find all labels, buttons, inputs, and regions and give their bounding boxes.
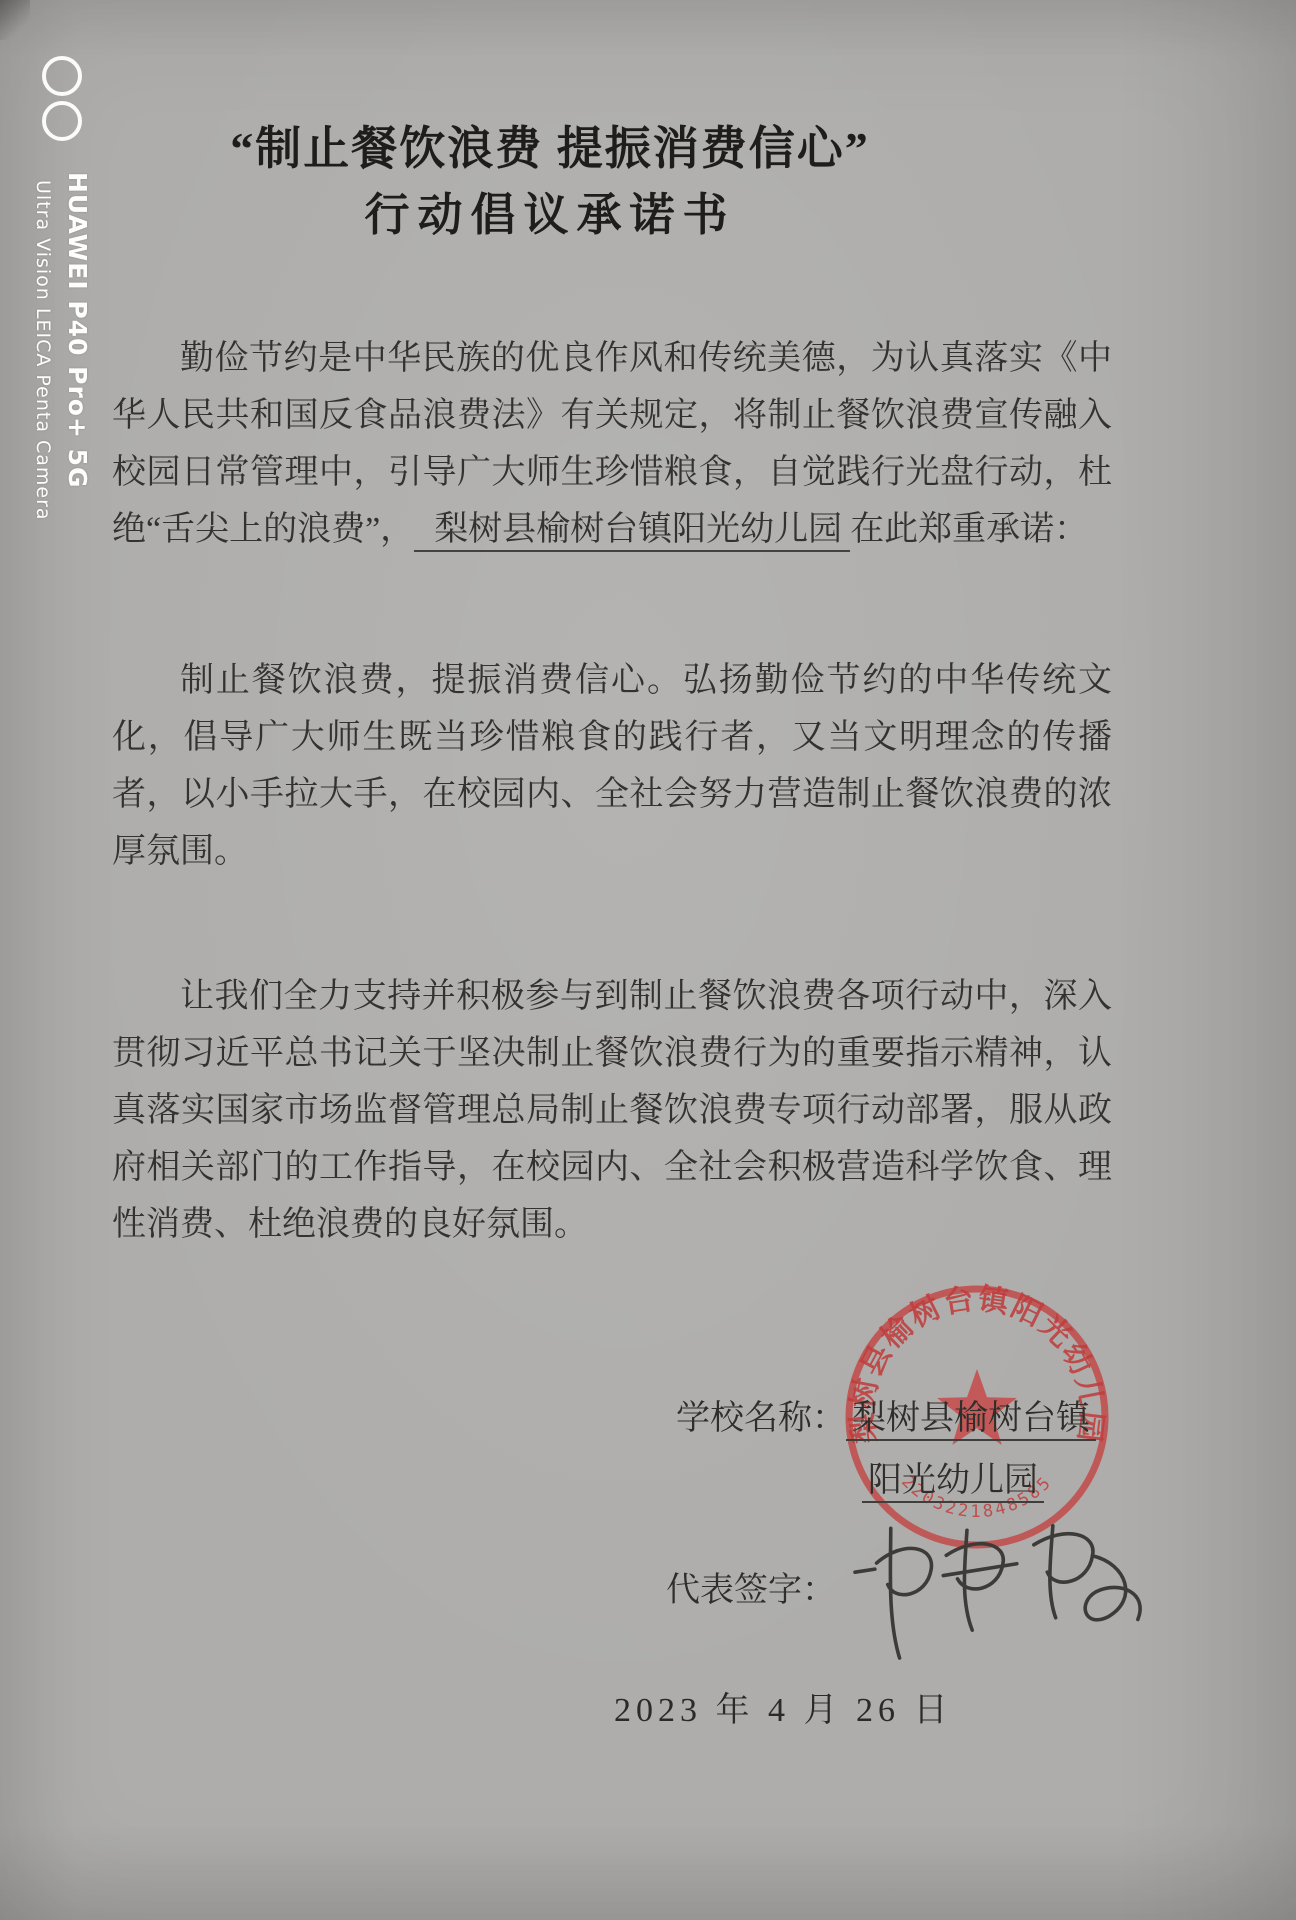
- school-name-line2: 阳光幼儿园: [862, 1462, 1044, 1503]
- paragraph-3: 让我们全力支持并积极参与到制止餐饮浪费各项行动中，深入贯彻习近平总书记关于坚决制…: [112, 968, 1112, 1253]
- date-line: 2023 年 4 月 26 日: [614, 1682, 953, 1731]
- paragraph-1-text-after-blank: 在此郑重承诺：: [850, 511, 1088, 548]
- representative-signature-handwriting: [842, 1502, 1182, 1672]
- school-name-label: 学校名称：: [676, 1400, 846, 1437]
- representative-signature-row: 代表签字：: [666, 1562, 836, 1611]
- huawei-dual-circle-logo: [42, 56, 82, 146]
- document-title-line2: 行动倡议承诺书: [100, 178, 1000, 243]
- camera-lens-icon: [42, 56, 82, 96]
- paper-corner-shadow: [0, 0, 30, 40]
- document-title-line1: “制止餐饮浪费 提振消费信心”: [100, 112, 1000, 178]
- school-name-row: 学校名称：梨树县榆树台镇: [676, 1390, 1096, 1439]
- camera-label-watermark: Ultra Vision LEICA Penta Camera: [32, 180, 54, 521]
- paragraph-2: 制止餐饮浪费，提振消费信心。弘扬勤俭节约的中华传统文化，倡导广大师生既当珍惜粮食…: [112, 652, 1112, 880]
- paragraph-1: 勤俭节约是中华民族的优良作风和传统美德，为认真落实《中华人民共和国反食品浪费法》…: [112, 330, 1112, 558]
- school-name-blank-underline: 梨树县榆树台镇阳光幼儿园: [414, 511, 850, 552]
- device-model-watermark: HUAWEI P40 Pro+ 5G: [63, 172, 92, 489]
- camera-lens-icon: [42, 101, 82, 141]
- school-name-line1: 梨树县榆树台镇: [846, 1400, 1096, 1441]
- representative-signature-label: 代表签字：: [666, 1572, 836, 1609]
- school-name-row-2: 阳光幼儿园: [862, 1452, 1044, 1501]
